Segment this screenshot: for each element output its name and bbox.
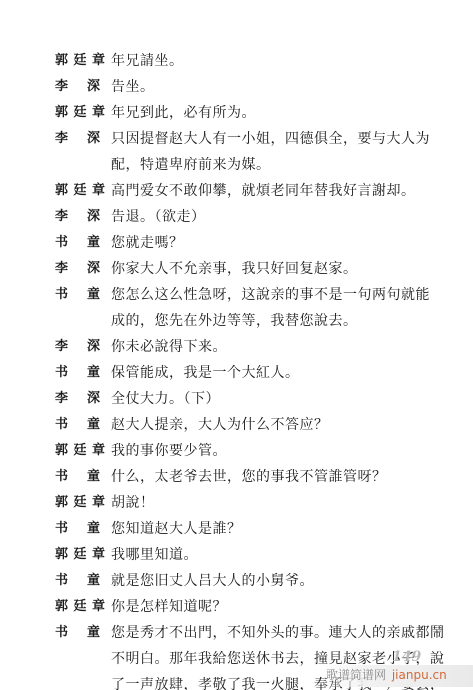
dialogue-line: 您知道赵大人是誰？ [111,516,431,542]
page-number: 149 [392,649,421,665]
speaker-name: 书童 [55,412,100,438]
speaker-char: 童 [87,360,100,386]
speaker-char: 童 [87,568,100,594]
dialogue-line: 全仗大力。（下） [111,386,431,412]
dialogue-line: 你未必說得下来。 [111,334,431,360]
dialogue-text: 我的事你要少管。 [111,438,431,464]
dialogue-line: 成的，您先在外边等等，我替您說去。 [111,308,431,334]
speaker-name: 郭廷章 [55,100,105,126]
speaker-char: 郭 [55,178,68,204]
dialogue-line: 胡說！ [111,490,431,516]
speaker-char: 深 [87,204,100,230]
speaker-name: 郭廷章 [55,178,105,204]
speaker-name: 书童 [55,360,100,386]
dialogue-line: 高門爱女不敢仰攀，就煩老同年替我好言謝却。 [111,178,431,204]
speaker-name: 书童 [55,620,100,646]
speaker-char: 书 [55,516,68,542]
speaker-char: 廷 [73,438,86,464]
dialogue-text: 赵大人提亲，大人为什么不答应？ [111,412,431,438]
dialogue-text: 胡說！ [111,490,431,516]
speaker-char: 章 [92,438,105,464]
speaker-char: 章 [92,490,105,516]
dialogue-text: 年兄請坐。 [111,48,431,74]
dialogue-text: 高門爱女不敢仰攀，就煩老同年替我好言謝却。 [111,178,431,204]
speaker-char: 郭 [55,542,68,568]
speaker-char: 童 [87,620,100,646]
dialogue-line: 我的事你要少管。 [111,438,431,464]
speaker-char: 章 [92,594,105,620]
speaker-char: 李 [55,204,68,230]
speaker-char: 郭 [55,100,68,126]
dialogue-line: 配，特遣卑府前来为媒。 [111,152,431,178]
dialogue-text: 告退。（欲走） [111,204,431,230]
script-page: 郭廷章年兄請坐。李深告坐。郭廷章年兄到此，必有所为。李深只因提督赵大人有一小姐，… [0,0,473,690]
dialogue-line: 我哪里知道。 [111,542,431,568]
speaker-name: 郭廷章 [55,594,105,620]
speaker-char: 童 [87,412,100,438]
speaker-char: 廷 [73,594,86,620]
dialogue-line: 就是您旧丈人吕大人的小舅爷。 [111,568,431,594]
speaker-char: 书 [55,568,68,594]
speaker-name: 郭廷章 [55,438,105,464]
dialogue-line: 您就走嗎？ [111,230,431,256]
speaker-char: 郭 [55,594,68,620]
speaker-char: 廷 [73,542,86,568]
speaker-char: 深 [87,386,100,412]
speaker-char: 李 [55,386,68,412]
speaker-char: 书 [55,620,68,646]
speaker-char: 章 [92,48,105,74]
dialogue-line: 你家大人不允亲事，我只好回复赵家。 [111,256,431,282]
dialogue-line: 只因提督赵大人有一小姐，四德俱全，要与大人为 [111,126,431,152]
dialogue-text: 只因提督赵大人有一小姐，四德俱全，要与大人为配，特遣卑府前来为媒。 [111,126,431,178]
dialogue-line: 告坐。 [111,74,431,100]
speaker-name: 书童 [55,282,100,308]
dialogue-text: 保管能成，我是一个大紅人。 [111,360,431,386]
dialogue-text: 你未必說得下来。 [111,334,431,360]
speaker-char: 童 [87,282,100,308]
dialogue-line: 您怎么这么性急呀，这說亲的事不是一句两句就能 [111,282,431,308]
speaker-char: 童 [87,516,100,542]
dialogue-line: 你是怎样知道呢？ [111,594,431,620]
speaker-char: 童 [87,464,100,490]
speaker-char: 书 [55,282,68,308]
speaker-name: 李深 [55,256,100,282]
speaker-name: 李深 [55,334,100,360]
speaker-name: 李深 [55,126,100,152]
speaker-name: 郭廷章 [55,48,105,74]
speaker-char: 深 [87,334,100,360]
speaker-name: 书童 [55,516,100,542]
speaker-char: 深 [87,126,100,152]
speaker-name: 书童 [55,230,100,256]
watermark-site-name: 歌谱简谱网 [326,668,386,682]
dialogue-text: 你家大人不允亲事，我只好回复赵家。 [111,256,431,282]
watermark: 歌谱简谱网 jianpu.cn [322,665,473,687]
dialogue-text: 我哪里知道。 [111,542,431,568]
speaker-char: 书 [55,464,68,490]
dialogue-text: 你是怎样知道呢？ [111,594,431,620]
speaker-char: 李 [55,74,68,100]
speaker-char: 章 [92,178,105,204]
dialogue-text: 您知道赵大人是誰？ [111,516,431,542]
speaker-name: 李深 [55,386,100,412]
dialogue-text: 告坐。 [111,74,431,100]
dialogue-text: 什么，太老爷去世，您的事我不管誰管呀？ [111,464,431,490]
speaker-name: 郭廷章 [55,542,105,568]
speaker-char: 深 [87,74,100,100]
speaker-char: 李 [55,334,68,360]
speaker-name: 李深 [55,74,100,100]
speaker-char: 书 [55,230,68,256]
speaker-char: 廷 [73,178,86,204]
speaker-name: 郭廷章 [55,490,105,516]
speaker-char: 郭 [55,438,68,464]
dialogue-text: 年兄到此，必有所为。 [111,100,431,126]
speaker-char: 郭 [55,48,68,74]
speaker-char: 郭 [55,490,68,516]
speaker-char: 书 [55,360,68,386]
dialogue-text: 就是您旧丈人吕大人的小舅爷。 [111,568,431,594]
speaker-char: 章 [92,542,105,568]
speaker-char: 童 [87,230,100,256]
dialogue-line: 您是秀才不出門，不知外头的事。連大人的亲戚都鬧 [111,620,431,646]
speaker-char: 深 [87,256,100,282]
speaker-name: 李深 [55,204,100,230]
speaker-name: 书童 [55,464,100,490]
dialogue-text: 您怎么这么性急呀，这說亲的事不是一句两句就能成的，您先在外边等等，我替您說去。 [111,282,431,334]
speaker-char: 李 [55,126,68,152]
speaker-name: 书童 [55,568,100,594]
dialogue-text: 全仗大力。（下） [111,386,431,412]
dialogue-line: 年兄請坐。 [111,48,431,74]
speaker-char: 书 [55,412,68,438]
dialogue-line: 保管能成，我是一个大紅人。 [111,360,431,386]
dialogue-text: 您就走嗎？ [111,230,431,256]
speaker-char: 廷 [73,490,86,516]
dialogue-line: 告退。（欲走） [111,204,431,230]
dialogue-line: 什么，太老爷去世，您的事我不管誰管呀？ [111,464,431,490]
watermark-url: jianpu.cn [392,668,447,682]
speaker-char: 李 [55,256,68,282]
speaker-char: 章 [92,100,105,126]
dialogue-line: 赵大人提亲，大人为什么不答应？ [111,412,431,438]
dialogue-line: 年兄到此，必有所为。 [111,100,431,126]
speaker-char: 廷 [73,48,86,74]
speaker-char: 廷 [73,100,86,126]
